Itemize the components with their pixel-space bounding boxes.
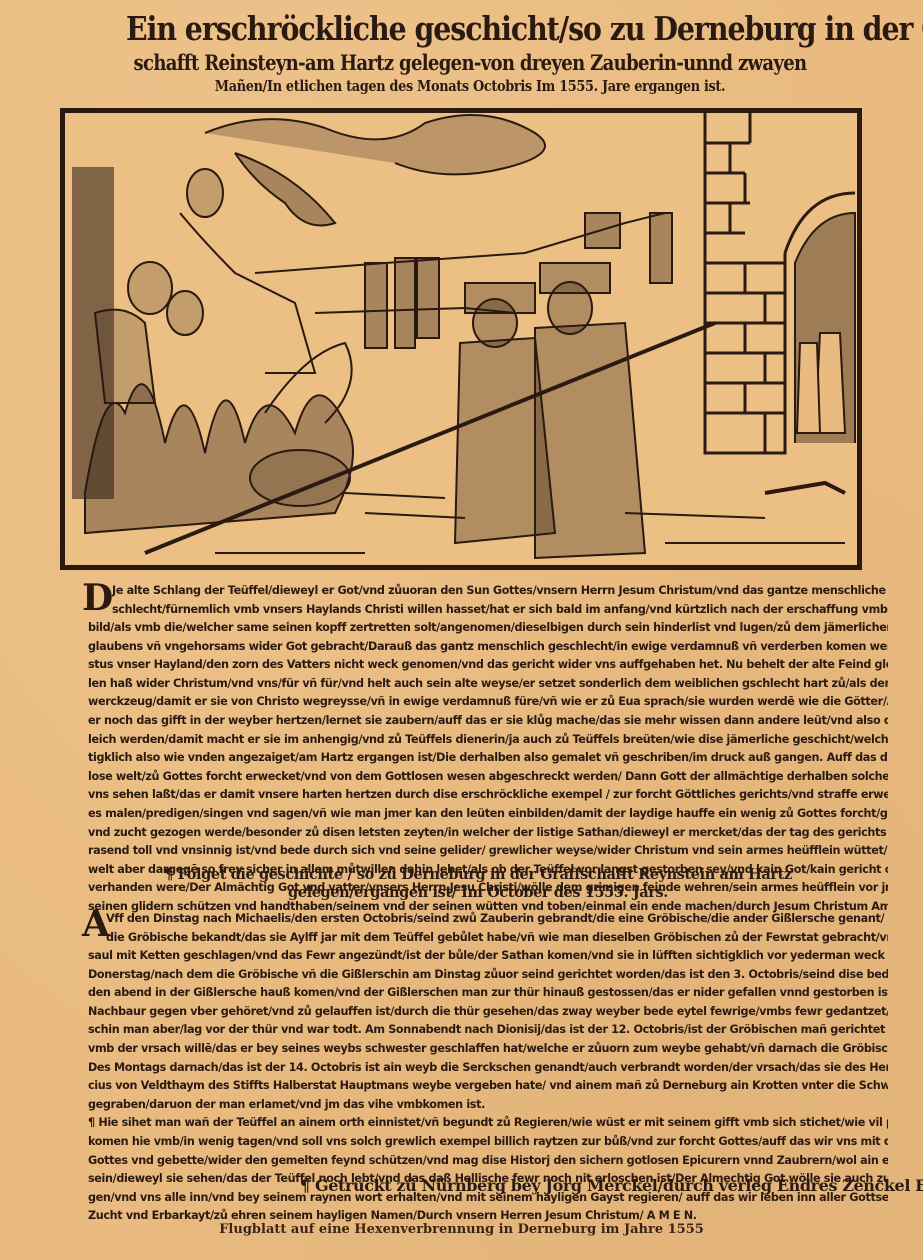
text-line: saul mit Ketten geschlagen/vnd das Fewr … <box>88 947 888 966</box>
text-line: leich werden/damit macht er sie im anhen… <box>88 731 888 750</box>
title-line-3: Mañen/In etlichen tagen des Monats Octob… <box>126 76 814 96</box>
subheading-line-1: ¶ Folget die geschichte / so zů Dernebur… <box>88 866 868 884</box>
text-line: vns sehen laßt/das er damit vnsere harte… <box>88 786 888 805</box>
text-line: vmb der vrsach willē/das er bey seines w… <box>88 1040 888 1059</box>
text-line: komen hie vmb/in wenig tagen/vnd soll vn… <box>88 1133 888 1152</box>
text-line: es malen/predigen/singen vnd sagen/vñ wi… <box>88 805 888 824</box>
text-line: die Gröbische bekandt/das sie Aylff jar … <box>106 929 888 948</box>
text-line: tigklich also wie vnden angezaiget/am Ha… <box>88 749 888 768</box>
text-line: schlecht/fürnemlich vmb vnsers Haylands … <box>112 601 888 620</box>
text-line: len haß wider Christum/vnd vns/für vñ fü… <box>88 675 888 694</box>
section-subheading: ¶ Folget die geschichte / so zů Dernebur… <box>88 866 868 902</box>
body-text-section-2: Vff den Dinstag nach Michaelis/den erste… <box>106 910 888 947</box>
text-line: vnd zucht gezogen werde/besonder zů dise… <box>88 824 888 843</box>
text-line: ¶ Hie sihet man wañ der Teüffel an ainem… <box>88 1114 888 1133</box>
text-line: bild/als vmb die/welcher same seinen kop… <box>88 619 888 638</box>
archive-caption: Flugblatt auf eine Hexenverbrennung in D… <box>0 1222 923 1237</box>
text-line: Gottes vnd gebette/wider den gemelten fe… <box>88 1152 888 1171</box>
text-line: lose welt/zů Gottes forcht erwecket/vnd … <box>88 768 888 787</box>
text-line: glaubens vñ vngehorsams wider Got gebrac… <box>88 638 888 657</box>
text-line: er noch das gifft in der weyber hertzen/… <box>88 712 888 731</box>
text-line: werckzeug/damit er sie von Christo wegre… <box>88 693 888 712</box>
text-line: Nachbaur gegen vber gehöret/vnd zů gelau… <box>88 1003 888 1022</box>
text-line: Je alte Schlang der Teüffel/dieweyl er G… <box>112 582 888 601</box>
subheading-line-2: gelegen/ergangen ist/ Im October des 155… <box>88 884 868 902</box>
woodcut-illustration <box>60 108 862 570</box>
text-line: den abend in der Gißlersche hauß komen/v… <box>88 984 888 1003</box>
text-line: Donerstag/nach dem die Gröbische vñ die … <box>88 966 888 985</box>
text-line: rasend toll vnd vnsinnig ist/vnd bede du… <box>88 842 888 861</box>
title-line-1: Ein erschröckliche geschicht/so zu Derne… <box>126 8 814 50</box>
printer-colophon: ¶ Getruckt zů Nürnberg bey Jörg Merckel/… <box>300 1176 800 1195</box>
drop-cap-initial-d: D <box>82 580 113 616</box>
broadsheet-page: Ein erschröckliche geschicht/so zu Derne… <box>0 0 923 1260</box>
text-line: stus vnser Hayland/den zorn des Vatters … <box>88 656 888 675</box>
woodcut-scene-drawing <box>65 113 857 565</box>
text-line: schin man aber/lag vor der thür vnd war … <box>88 1021 888 1040</box>
title-line-2: schafft Reinsteyn-am Hartz gelegen-von d… <box>126 50 814 76</box>
text-line: cius von Veldthaym des Stiffts Halbersta… <box>88 1077 888 1096</box>
body-text-section-1: Je alte Schlang der Teüffel/dieweyl er G… <box>112 582 888 619</box>
text-line: Vff den Dinstag nach Michaelis/den erste… <box>106 910 888 929</box>
text-line: Des Montags darnach/das ist der 14. Octo… <box>88 1059 888 1078</box>
text-line: gegraben/daruon der man erlamet/vnd jm d… <box>88 1096 888 1115</box>
broadsheet-title: Ein erschröckliche geschicht/so zu Derne… <box>70 8 870 96</box>
